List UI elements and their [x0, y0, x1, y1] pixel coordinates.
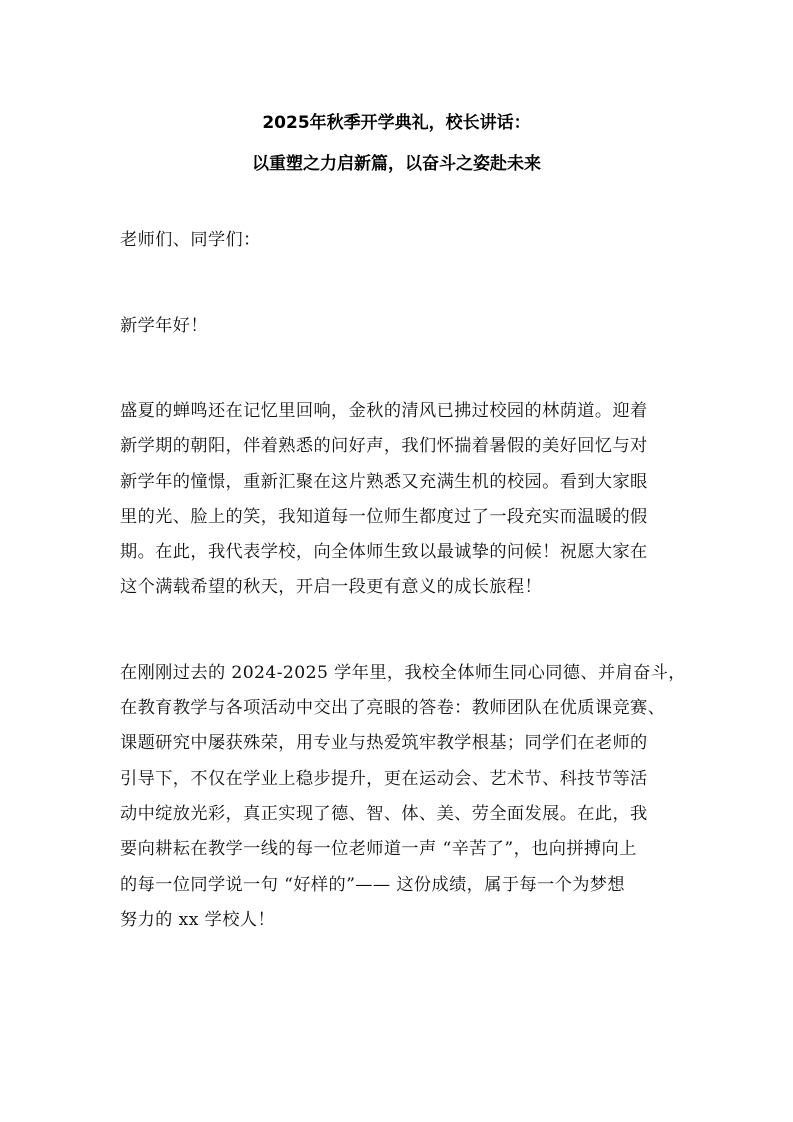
paragraph-line: 努力的 xx 学校人！ [120, 910, 275, 930]
document-page: 2025年秋季开学典礼，校长讲话： 以重塑之力启新篇，以奋斗之姿赴未来 老师们、… [0, 0, 793, 1122]
paragraph-line: 的每一位同学说一句 “好样的”—— 这份成绩，属于每一个为梦想 [120, 875, 625, 895]
paragraph-line: 要向耕耘在教学一线的每一位老师道一声 “辛苦了”，也向拼搏向上 [120, 839, 637, 859]
paragraph-line: 新学年的憧憬，重新汇聚在这片熟悉又充满生机的校园。看到大家眼 [120, 472, 648, 492]
greeting: 新学年好！ [120, 316, 208, 336]
paragraph-line: 在教育教学与各项活动中交出了亮眼的答卷：教师团队在优质课竞赛、 [120, 698, 665, 718]
paragraph-line: 动中绽放光彩，真正实现了德、智、体、美、劳全面发展。在此，我 [120, 804, 648, 824]
salutation: 老师们、同学们： [120, 230, 261, 250]
paragraph-line: 新学期的朝阳，伴着熟悉的问好声，我们怀揣着暑假的美好回忆与对 [120, 436, 648, 456]
paragraph-line: 这个满载希望的秋天，开启一段更有意义的成长旅程！ [120, 577, 542, 597]
paragraph-line: 引导下，不仅在学业上稳步提升，更在运动会、艺术节、科技节等活 [120, 769, 648, 789]
paragraph-line: 里的光、脸上的笑，我知道每一位师生都度过了一段充实而温暖的假 [120, 507, 648, 527]
paragraph-line: 盛夏的蝉鸣还在记忆里回响，金秋的清风已拂过校园的林荫道。迎着 [120, 401, 648, 421]
title-line-1: 2025年秋季开学典礼，校长讲话： [0, 108, 793, 133]
title-line-2: 以重塑之力启新篇，以奋斗之姿赴未来 [0, 149, 793, 174]
paragraph-line: 在刚刚过去的 2024-2025 学年里，我校全体师生同心同德、并肩奋斗， [120, 663, 686, 683]
paragraph-line: 期。在此，我代表学校，向全体师生致以最诚挚的问候！祝愿大家在 [120, 542, 648, 562]
paragraph-line: 课题研究中屡获殊荣，用专业与热爱筑牢教学根基；同学们在老师的 [120, 733, 648, 753]
